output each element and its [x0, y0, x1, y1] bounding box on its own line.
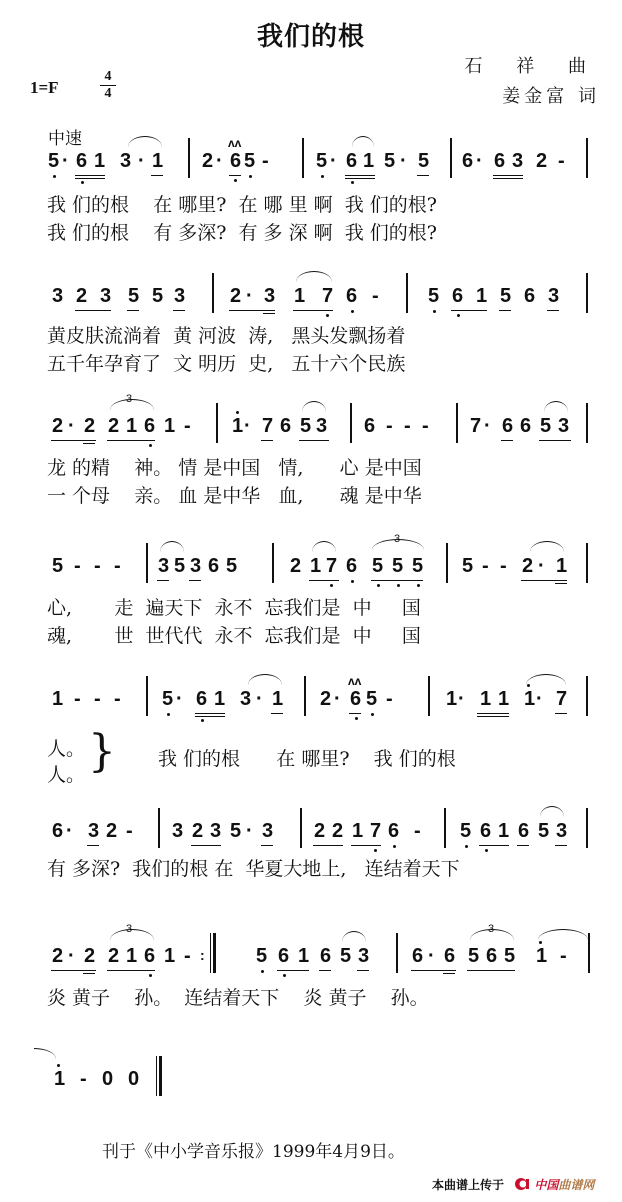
lyrics-verse-2: 魂, 世 世代代 永不 忘我们是 中 国 — [47, 621, 622, 648]
triplet-mark: 3 — [126, 923, 132, 935]
publication-note: 刊于《中小学音乐报》1999年4月9日。 — [102, 1137, 405, 1162]
notes-row: 2·2 216 3 1- 1· 7 6 53 6--- 7· 6 6 53 — [0, 415, 622, 445]
time-sig-bottom: 4 — [100, 87, 116, 101]
lyrics-verse-2: 五千年孕育了 文 明历 史, 五十六个民族 — [47, 349, 622, 376]
lyrics-verse-1: 我 们的根 在 哪里? 我 们的根 — [158, 744, 622, 771]
tempo-marking: 中速 — [48, 124, 82, 149]
lyrics-verse-1: 黄皮肤流淌着 黄 河波 涛, 黑头发飘扬着 — [47, 321, 622, 348]
lyrics-verse-1: 心, 走 遍天下 永不 忘我们是 中 国 — [47, 593, 622, 620]
triplet-mark: 3 — [126, 393, 132, 405]
composer-credit: 石 祥 曲 — [465, 52, 600, 78]
brace-icon: } — [88, 726, 116, 777]
notes-row: 1--- 5· 61 3·1 2· 6 ʌʌ 5 - 1· 11 1· 7 — [0, 688, 622, 718]
lyrics-verse-2: 一 个母 亲。 血 是中华 血, 魂 是中华 — [47, 481, 622, 508]
lyrics-verse-1: 龙 的精 神。 情 是中国 情, 心 是中国 — [47, 453, 622, 480]
notes-row: 3 23 5 5 3 2·3 17 6 - 5 61 5 6 3 — [0, 285, 622, 315]
song-title: 我们的根 — [0, 16, 622, 53]
watermark-site-red: 中国 — [534, 1178, 558, 1192]
mordent-icon: ʌʌ — [348, 674, 361, 688]
notes-row: 5--- 3 5 3 65 2 17 6 555 3 5-- 2·1 — [0, 555, 622, 585]
watermark: 本曲谱上传于 中国曲谱网 — [432, 1176, 594, 1194]
triplet-mark: 3 — [394, 533, 400, 545]
repeat-dots-icon: : — [200, 947, 205, 963]
site-logo-icon — [514, 1177, 530, 1194]
watermark-site-brown: 曲谱网 — [558, 1178, 594, 1192]
key-signature: 1=F — [30, 78, 59, 98]
lyrics-verse-1: 炎 黄子 孙。 连结着天下 炎 黄子 孙。 — [47, 983, 622, 1010]
time-signature: 4 4 — [100, 70, 116, 101]
time-sig-top: 4 — [100, 70, 116, 84]
notes-row: 6· 3 2- 3 23 5· 3 22 17 6 - 5 61 6 5 3 — [0, 820, 622, 850]
lyrics-verse-2: 我 们的根 有 多深? 有 多 深 啊 我 们的根? — [47, 218, 622, 245]
lyrics-verse-1: 有 多深? 我们的根 在 华夏大地上, 连结着天下 — [47, 854, 622, 881]
notes-row: 2·2 216 3 1- : 5 61 6 5 3 6· 6 565 3 1 - — [0, 945, 622, 975]
watermark-prefix: 本曲谱上传于 — [432, 1178, 504, 1192]
mordent-icon: ʌʌ — [228, 136, 241, 150]
lyricist-credit: 姜金富 词 — [502, 82, 600, 108]
notes-row: 1 - 00 — [0, 1068, 622, 1098]
lyrics-verse-1: 我 们的根 在 哪里? 在 哪 里 啊 我 们的根? — [47, 190, 622, 217]
notes-row: 5 · 61 3·1 2· 6 ʌʌ 5 - 5· 61 5·5 6· 63 2… — [0, 150, 622, 180]
triplet-mark: 3 — [488, 923, 494, 935]
